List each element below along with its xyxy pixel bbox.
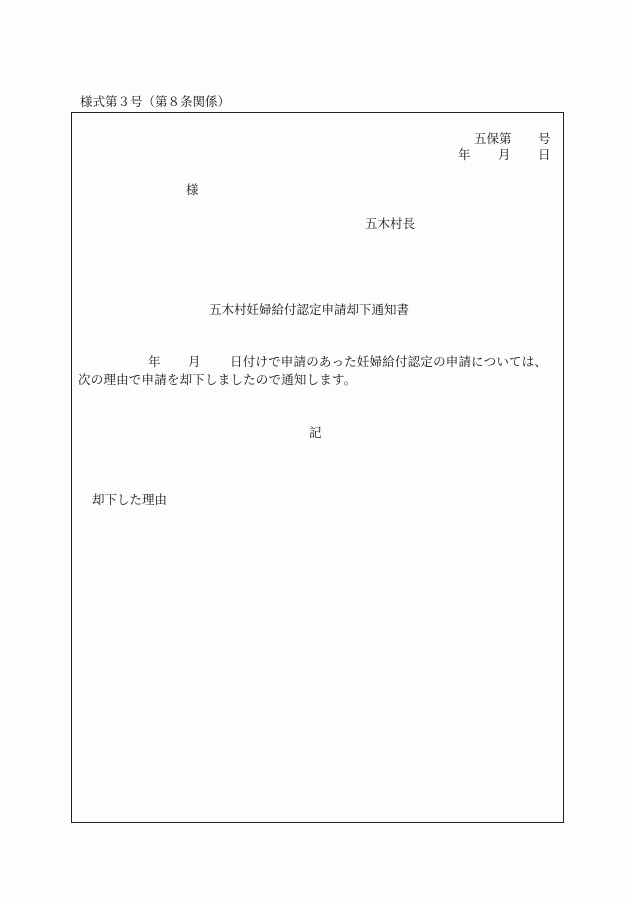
document-frame	[71, 112, 564, 823]
body-line1: 日付けで申請のあった妊婦給付認定の申請については、	[230, 354, 547, 370]
addressee-honorific: 様	[186, 182, 199, 198]
doc-number-prefix: 五保第	[474, 131, 512, 147]
form-label: 様式第３号（第８条関係）	[80, 94, 230, 110]
body-line2: 次の理由で申請を却下しましたので通知します。	[78, 372, 356, 388]
date-month: 月	[498, 147, 511, 163]
sender: 五木村長	[365, 216, 415, 232]
body-month: 月	[188, 354, 201, 370]
date-day: 日	[538, 147, 551, 163]
document-title: 五木村妊婦給付認定申請却下通知書	[209, 302, 409, 318]
doc-number-suffix: 号	[538, 131, 551, 147]
reason-label: 却下した理由	[92, 492, 167, 508]
date-year: 年	[458, 147, 471, 163]
body-year: 年	[148, 354, 161, 370]
ki-heading: 記	[309, 425, 322, 441]
